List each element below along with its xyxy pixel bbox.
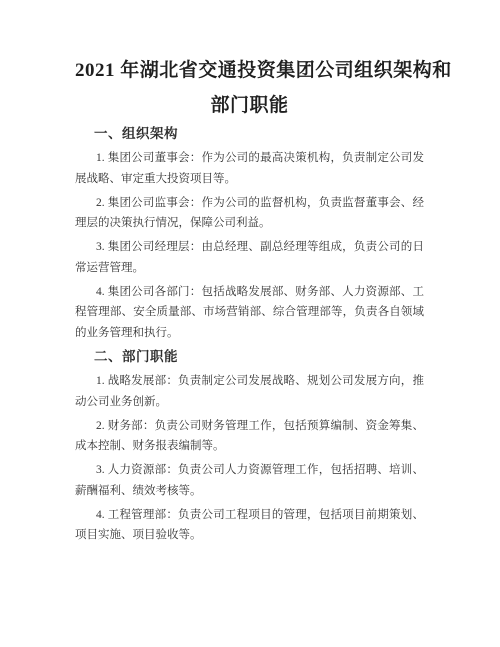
document-title-line-2: 部门职能 bbox=[75, 88, 424, 123]
paragraph-human-resources-dept: 3. 人力资源部：负责公司人力资源管理工作，包括招聘、培训、薪酬福利、绩效考核等… bbox=[75, 460, 424, 501]
section-heading-department-functions: 二、部门职能 bbox=[75, 347, 424, 367]
section-heading-organization-structure: 一、组织架构 bbox=[75, 124, 424, 144]
section-department-functions: 二、部门职能 1. 战略发展部：负责制定公司发展战略、规划公司发展方向，推动公司… bbox=[75, 347, 424, 546]
document-page: 2021 年湖北省交通投资集团公司组织架构和 部门职能 一、组织架构 1. 集团… bbox=[0, 0, 500, 647]
paragraph-board-of-directors: 1. 集团公司董事会：作为公司的最高决策机构，负责制定公司发展战略、审定重大投资… bbox=[75, 148, 424, 189]
paragraph-management-level: 3. 集团公司经理层：由总经理、副总经理等组成，负责公司的日常运营管理。 bbox=[75, 237, 424, 278]
paragraph-board-of-supervisors: 2. 集团公司监事会：作为公司的监督机构，负责监督董事会、经理层的决策执行情况，… bbox=[75, 193, 424, 234]
document-title: 2021 年湖北省交通投资集团公司组织架构和 部门职能 bbox=[75, 53, 424, 123]
section-organization-structure: 一、组织架构 1. 集团公司董事会：作为公司的最高决策机构，负责制定公司发展战略… bbox=[75, 124, 424, 343]
paragraph-strategy-development-dept: 1. 战略发展部：负责制定公司发展战略、规划公司发展方向，推动公司业务创新。 bbox=[75, 371, 424, 412]
paragraph-departments-overview: 4. 集团公司各部门：包括战略发展部、财务部、人力资源部、工程管理部、安全质量部… bbox=[75, 282, 424, 343]
paragraph-engineering-management-dept: 4. 工程管理部：负责公司工程项目的管理，包括项目前期策划、项目实施、项目验收等… bbox=[75, 505, 424, 546]
document-title-line-1: 2021 年湖北省交通投资集团公司组织架构和 bbox=[75, 53, 424, 88]
paragraph-finance-dept: 2. 财务部：负责公司财务管理工作，包括预算编制、资金筹集、成本控制、财务报表编… bbox=[75, 416, 424, 457]
